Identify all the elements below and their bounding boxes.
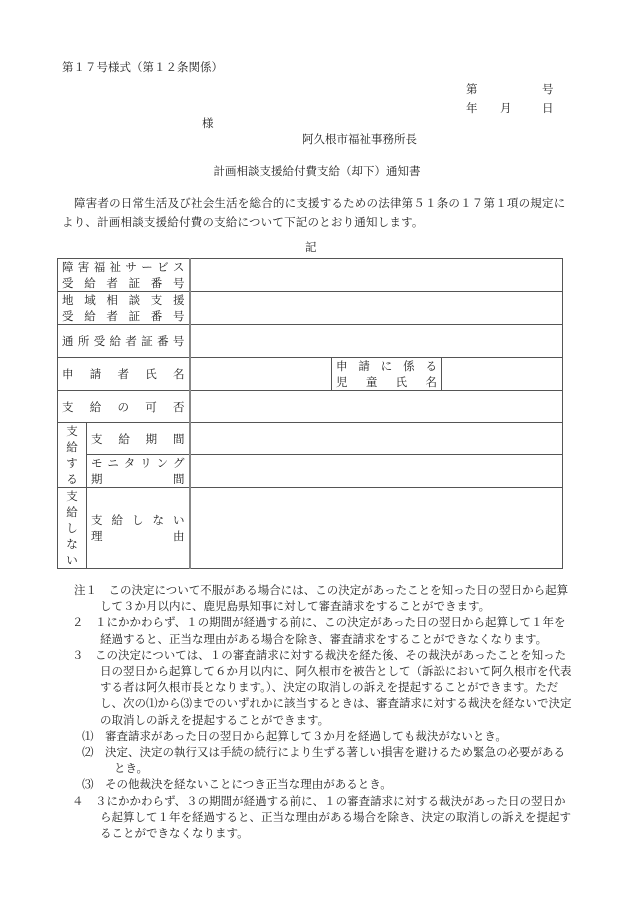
no-supply-group-label: 支給しない [58, 488, 87, 569]
label-char: 給 [58, 504, 86, 520]
label-char: 支 [62, 399, 74, 415]
label-char: 地 [62, 292, 74, 308]
label-char: 者 [118, 366, 130, 382]
label-char: 給 [84, 275, 96, 291]
label-char: 理 [91, 528, 103, 544]
label-char: 号 [173, 275, 185, 291]
ki-heading: 記 [305, 242, 317, 254]
label-char: 支 [151, 292, 163, 308]
note-number: ２ [72, 615, 84, 629]
label-char: 請 [90, 366, 102, 382]
label-char: ー [141, 259, 153, 275]
label-char: 氏 [145, 366, 157, 382]
label-char: サ [125, 259, 137, 275]
label-char: 請 [358, 358, 370, 374]
table-row: 支給の可否 [58, 391, 563, 423]
label-line: モニタリング [87, 455, 189, 471]
label-char: い [58, 552, 86, 568]
note-number: ⑶ [82, 777, 94, 791]
label-char: 由 [173, 528, 185, 544]
vertical-text: 支給する [58, 423, 86, 487]
label-char: 児 [336, 374, 348, 390]
label-char: 援 [173, 292, 185, 308]
note-number: ⑴ [82, 729, 94, 743]
document-number-label: 第 [466, 84, 478, 96]
monitoring-period-field[interactable] [190, 455, 563, 488]
document-title: 計画相談支援給付費支給（却下）通知書 [202, 166, 432, 178]
label-char: 者 [125, 333, 137, 349]
label-line: 支給の可否 [58, 399, 189, 415]
label-char: 者 [106, 308, 118, 324]
label-char: 童 [366, 374, 378, 390]
date-month-label: 月 [500, 103, 512, 115]
applicant-name-field[interactable] [190, 358, 332, 391]
child-name-label: 申請に係る 児童氏名 [332, 358, 442, 391]
label-char: 番 [151, 275, 163, 291]
label-line: 申請者氏名 [58, 366, 189, 382]
table-row: 障害福祉サービス 受給者証番号 [58, 259, 563, 292]
label-char: 名 [425, 374, 437, 390]
note-3: ３ この決定については、１の審査請求に対する裁決を経た後、その裁決があったことを… [64, 647, 572, 728]
approval-label: 支給の可否 [58, 391, 190, 423]
label-char: 障 [62, 259, 74, 275]
label-char: 期 [146, 431, 158, 447]
label-char: し [132, 512, 144, 528]
label-char: 番 [151, 308, 163, 324]
label-char: 福 [94, 259, 106, 275]
label-char: 相 [106, 292, 118, 308]
label-char: 通 [62, 333, 74, 349]
label-char: 害 [78, 259, 90, 275]
label-char: い [173, 512, 185, 528]
body-paragraph: 障害者の日常生活及び社会生活を総合的に支援するための法律第５１条の１７第１項の規… [62, 194, 568, 232]
label-char: 受 [62, 308, 74, 324]
label-char: タ [124, 455, 136, 471]
label-char: 受 [62, 275, 74, 291]
label-char: 給 [84, 308, 96, 324]
label-line: 児童氏名 [332, 374, 441, 390]
label-char: 名 [173, 366, 185, 382]
child-name-field[interactable] [442, 358, 563, 391]
notes-section: 注１ この決定について不服がある場合には、この決定があったことを知った日の翌日か… [62, 582, 572, 841]
label-line: 支給しない [87, 512, 189, 528]
daycare-number-field[interactable] [190, 325, 563, 358]
no-supply-reason-field[interactable] [190, 488, 563, 569]
label-char: な [153, 512, 165, 528]
note-2: ２ １にかかわらず、１の期間が経過する前に、この決定があった日の翌日から起算して… [64, 614, 572, 646]
label-line: 障害福祉サービス [58, 259, 189, 275]
label-char: グ [173, 455, 185, 471]
note-text: その他裁決を経ないことにつき正当な理由があるとき。 [105, 777, 392, 791]
label-char: し [58, 520, 86, 536]
issuer: 阿久根市福祉事務所長 [302, 134, 417, 146]
label-char: 証 [129, 275, 141, 291]
label-char: 期 [91, 471, 103, 487]
label-char: 番 [157, 333, 169, 349]
label-char: 係 [403, 358, 415, 374]
table-row: 地域相談支援 受給者証番号 [58, 292, 563, 325]
label-char: 給 [112, 512, 124, 528]
label-line: 期間 [87, 471, 189, 487]
label-char: ニ [107, 455, 119, 471]
vertical-text: 支給しない [58, 488, 86, 568]
note-number: ⑵ [82, 745, 94, 759]
label-line: 理由 [87, 528, 189, 544]
label-char: 支 [58, 488, 86, 504]
note-text: 審査請求があった日の翌日から起算して３か月を経過しても裁決がないとき。 [105, 729, 507, 743]
notice-form-table: 障害福祉サービス 受給者証番号 地域相談支援 受給者証番号 通所受給者証番号 申… [57, 258, 563, 569]
supply-period-field[interactable] [190, 423, 563, 455]
label-char: の [118, 399, 130, 415]
label-char: 間 [173, 431, 185, 447]
label-char: 所 [78, 333, 90, 349]
label-char: 者 [106, 275, 118, 291]
label-char: な [58, 536, 86, 552]
no-supply-reason-label: 支給しない 理由 [87, 488, 190, 569]
table-row: 支給しない 支給しない 理由 [58, 488, 563, 569]
document-number-suffix: 号 [542, 84, 554, 96]
note-text: この決定については、１の審査請求に対する裁決を経た後、その裁決があったことを知っ… [95, 648, 572, 727]
label-line: 支給期間 [87, 431, 189, 447]
addressee-suffix: 様 [202, 118, 214, 130]
note-3-sub-2: ⑵ 決定、決定の執行又は手続の続行により生ずる著しい損害を避けるため緊急の必要が… [62, 744, 572, 776]
note-3-sub-3: ⑶ その他裁決を経ないことにつき正当な理由があるとき。 [62, 776, 572, 792]
label-char: 可 [145, 399, 157, 415]
label-char: 証 [129, 308, 141, 324]
label-line: 申請に係る [332, 358, 441, 374]
daycare-number-label: 通所受給者証番号 [58, 325, 190, 358]
date-day-label: 日 [542, 103, 554, 115]
label-char: リ [140, 455, 152, 471]
label-char: 給 [110, 333, 122, 349]
label-char: 給 [58, 439, 86, 455]
supply-group-label: 支給する [58, 423, 87, 488]
supply-period-label: 支給期間 [87, 423, 190, 455]
label-char: 受 [94, 333, 106, 349]
note-text: ３にかかわらず、３の期間が経過する前に、１の審査請求に対する裁決があった日の翌日… [95, 794, 571, 840]
label-char: モ [91, 455, 103, 471]
table-row: 申請者氏名 申請に係る 児童氏名 [58, 358, 563, 391]
label-char: ス [173, 259, 185, 275]
date-year-label: 年 [466, 103, 478, 115]
table-row: 支給する 支給期間 [58, 423, 563, 455]
note-text: この決定について不服がある場合には、この決定があったことを知った日の翌日から起算… [100, 583, 568, 613]
note-text: １にかかわらず、１の期間が経過する前に、この決定があった日の翌日から起算して１年… [95, 615, 565, 645]
note-number: ３ [72, 648, 84, 662]
label-char: 域 [84, 292, 96, 308]
label-char: 祉 [110, 259, 122, 275]
note-1: 注１ この決定について不服がある場合には、この決定があったことを知った日の翌日か… [62, 582, 572, 614]
label-char: 給 [90, 399, 102, 415]
label-char: ビ [157, 259, 169, 275]
label-line: 通所受給者証番号 [58, 333, 189, 349]
label-char: 氏 [396, 374, 408, 390]
label-char: 談 [129, 292, 141, 308]
note-4: ４ ３にかかわらず、３の期間が経過する前に、１の審査請求に対する裁決があった日の… [64, 793, 572, 842]
label-char: 支 [91, 431, 103, 447]
welfare-service-number-field[interactable] [190, 259, 563, 292]
label-char: 給 [118, 431, 130, 447]
label-char: 否 [173, 399, 185, 415]
label-char: 支 [58, 423, 86, 439]
table-row: モニタリング 期間 [58, 455, 563, 488]
label-char: ン [157, 455, 169, 471]
label-char: 支 [91, 512, 103, 528]
note-text: 決定、決定の執行又は手続の続行により生ずる著しい損害を避けるため緊急の必要がある… [105, 745, 565, 775]
applicant-name-label: 申請者氏名 [58, 358, 190, 391]
label-char: 証 [141, 333, 153, 349]
form-number: 第１７号様式（第１２条関係） [62, 62, 223, 74]
label-char: に [381, 358, 393, 374]
note-number: ４ [72, 794, 84, 808]
note-number: 注１ [74, 583, 97, 597]
label-char: 間 [173, 471, 185, 487]
welfare-service-number-label: 障害福祉サービス 受給者証番号 [58, 259, 190, 292]
table-row: 通所受給者証番号 [58, 325, 563, 358]
monitoring-period-label: モニタリング 期間 [87, 455, 190, 488]
community-support-number-label: 地域相談支援 受給者証番号 [58, 292, 190, 325]
label-line: 受給者証番号 [58, 308, 189, 324]
community-support-number-field[interactable] [190, 292, 563, 325]
approval-field[interactable] [190, 391, 563, 423]
label-char: 申 [336, 358, 348, 374]
label-line: 受給者証番号 [58, 275, 189, 291]
label-char: る [58, 471, 86, 487]
label-char: 申 [62, 366, 74, 382]
label-line: 地域相談支援 [58, 292, 189, 308]
label-char: る [426, 358, 438, 374]
note-3-sub-1: ⑴ 審査請求があった日の翌日から起算して３か月を経過しても裁決がないとき。 [62, 728, 572, 744]
label-char: 号 [173, 333, 185, 349]
label-char: す [58, 455, 86, 471]
label-char: 号 [173, 308, 185, 324]
